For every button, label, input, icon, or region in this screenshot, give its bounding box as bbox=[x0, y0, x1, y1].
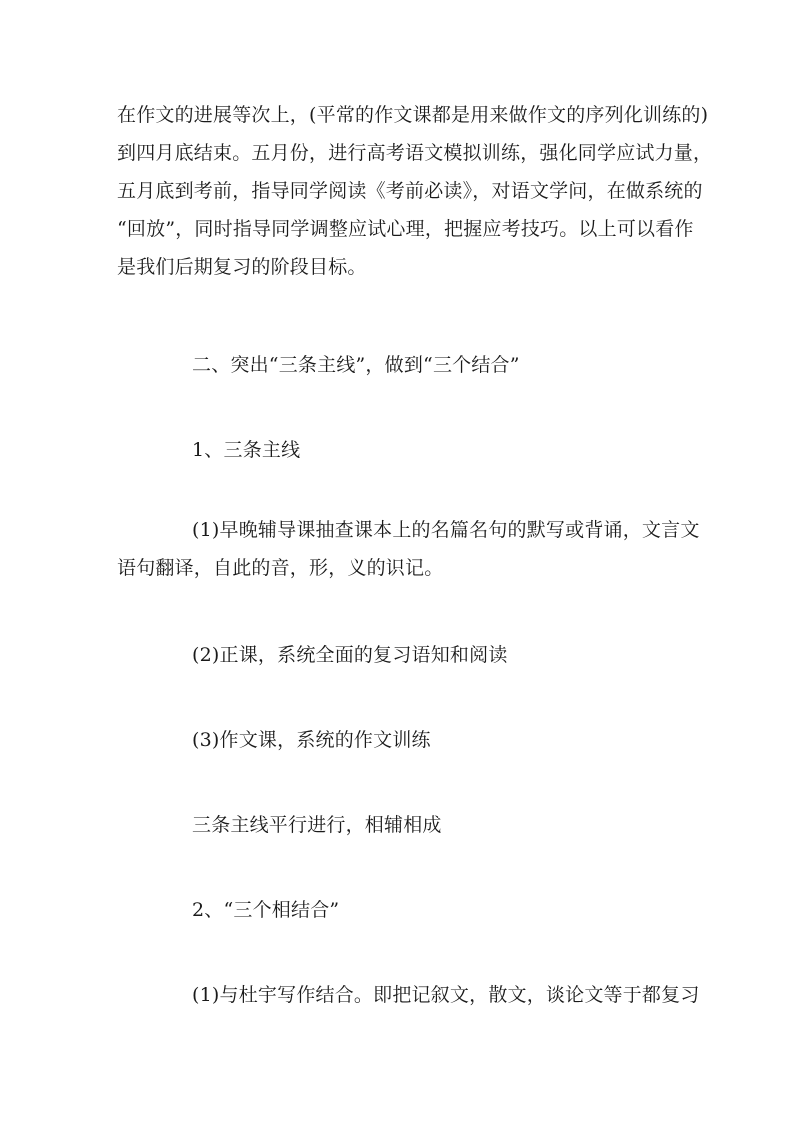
paragraph-line: 五月底到考前，指导同学阅读《考前必读》，对语文学问，在做系统的 bbox=[117, 179, 683, 203]
list-item-line: (1)早晚辅导课抽查课本上的名篇名句的默写或背诵，文言文 bbox=[192, 518, 683, 542]
document-page: 在作文的进展等次上，(平常的作文课都是用来做作文的序列化训练的) 到四月底结束。… bbox=[0, 0, 793, 1122]
paragraph-line: 到四月底结束。五月份，进行高考语文模拟训练，强化同学应试力量， bbox=[117, 141, 683, 165]
paragraph-line: 是我们后期复习的阶段目标。 bbox=[117, 255, 683, 279]
list-item-line: (3)作文课，系统的作文训练 bbox=[192, 728, 683, 752]
list-item-line: (2)正课，系统全面的复习语知和阅读 bbox=[192, 643, 683, 667]
subsection-title: 1、三条主线 bbox=[192, 438, 683, 462]
section-heading: 二、突出“三条主线”，做到“三个结合” bbox=[192, 353, 683, 377]
list-item-line: (1)与杜宇写作结合。即把记叙文，散文，谈论文等于都复习 bbox=[192, 983, 683, 1007]
paragraph-line: “回放”，同时指导同学调整应试心理，把握应考技巧。以上可以看作 bbox=[117, 217, 683, 241]
subsection-title: 2、“三个相结合” bbox=[192, 898, 683, 922]
summary-line: 三条主线平行进行，相辅相成 bbox=[192, 813, 683, 837]
list-item-line: 语句翻译，自此的音，形，义的识记。 bbox=[117, 556, 683, 580]
paragraph-line: 在作文的进展等次上，(平常的作文课都是用来做作文的序列化训练的) bbox=[117, 103, 683, 127]
